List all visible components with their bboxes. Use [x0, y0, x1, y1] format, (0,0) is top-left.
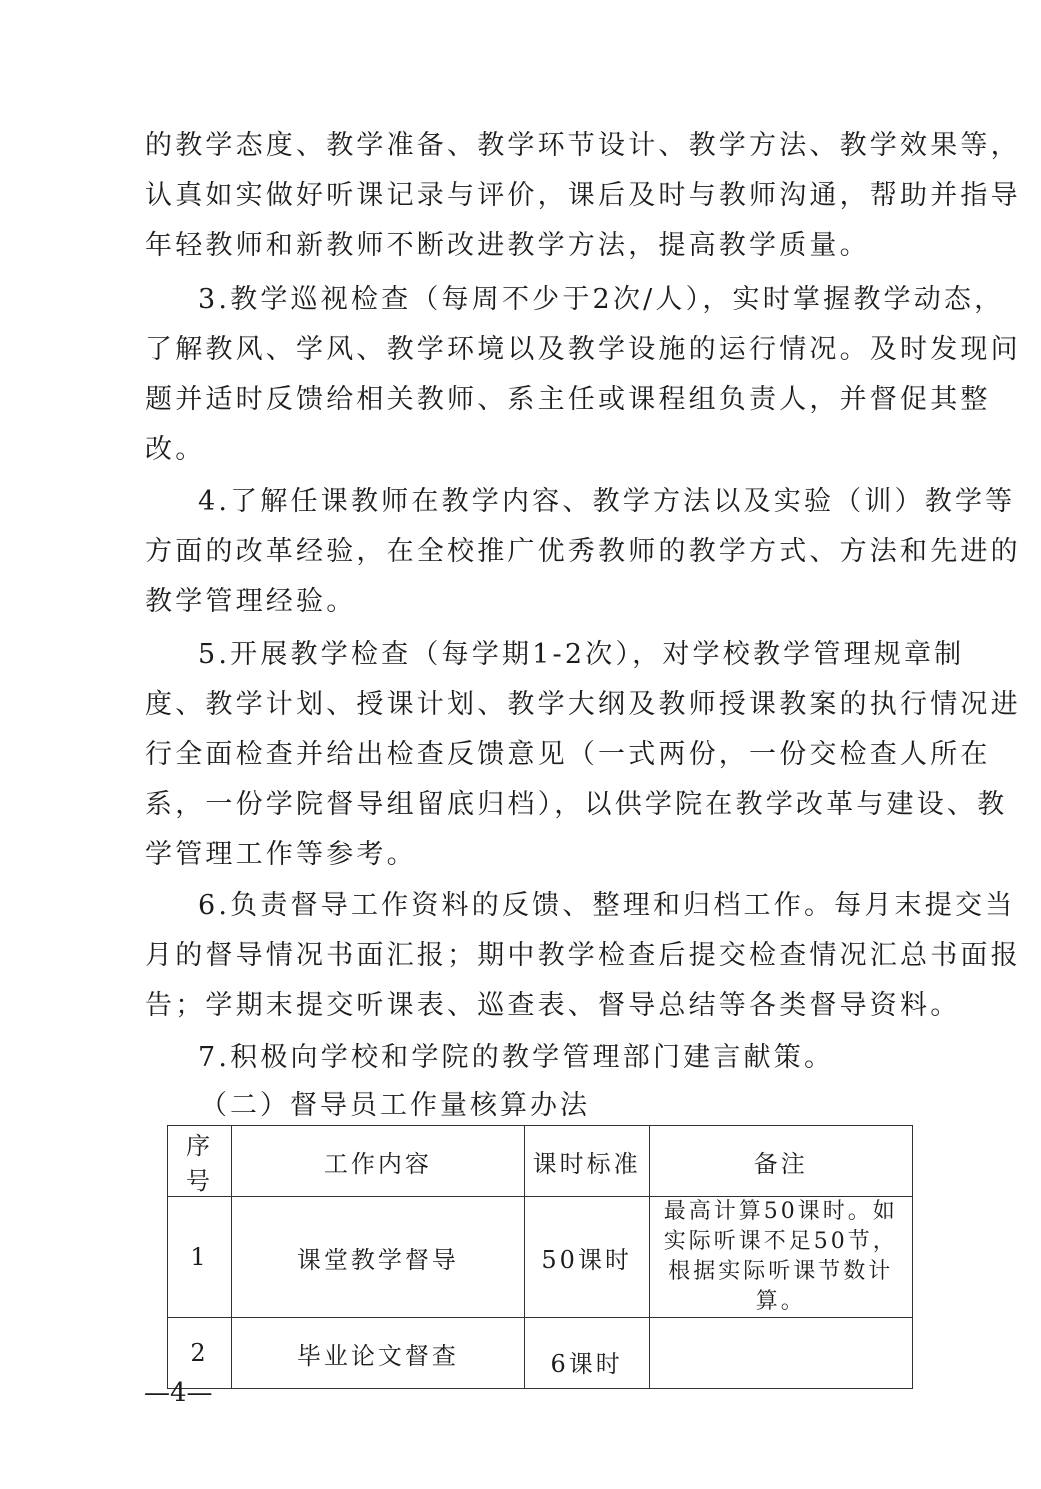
- cell-hours: 6课时: [524, 1318, 649, 1389]
- cell-content: 课堂教学督导: [232, 1197, 525, 1318]
- cell-hours: 50课时: [524, 1197, 649, 1318]
- paragraph-line: 6.负责督导工作资料的反馈、整理和归档工作。每月末提交当: [198, 886, 998, 926]
- table-header-row: 序号 工作内容 课时标准 备注: [168, 1126, 913, 1197]
- paragraph-line: 3.教学巡视检查（每周不少于2次/人），实时掌握教学动态，: [198, 280, 998, 320]
- paragraph-line: 7.积极向学校和学院的教学管理部门建言献策。: [198, 1038, 998, 1078]
- header-no: 序号: [168, 1126, 232, 1197]
- cell-note: [649, 1318, 912, 1389]
- paragraph-line: 5.开展教学检查（每学期1-2次），对学校教学管理规章制: [198, 635, 998, 675]
- paragraph-line: 题并适时反馈给相关教师、系主任或课程组负责人，并督促其整: [145, 380, 945, 420]
- paragraph-line: 行全面检查并给出检查反馈意见（一式两份，一份交检查人所在: [145, 735, 945, 775]
- table-row: 2 毕业论文督查 6课时: [168, 1318, 913, 1389]
- workload-table: 序号 工作内容 课时标准 备注 1 课堂教学督导 50课时 最高计算50课时。如…: [167, 1125, 913, 1389]
- header-note: 备注: [649, 1126, 912, 1197]
- paragraph-line: 学管理工作等参考。: [145, 835, 945, 875]
- header-content: 工作内容: [232, 1126, 525, 1197]
- table-row: 1 课堂教学督导 50课时 最高计算50课时。如实际听课不足50节，根据实际听课…: [168, 1197, 913, 1318]
- paragraph-line: 的教学态度、教学准备、教学环节设计、教学方法、教学效果等，: [145, 126, 945, 166]
- cell-no: 1: [168, 1197, 232, 1318]
- paragraph-line: 认真如实做好听课记录与评价，课后及时与教师沟通，帮助并指导: [145, 176, 945, 216]
- cell-content: 毕业论文督查: [232, 1318, 525, 1389]
- page-number: —4—: [144, 1378, 213, 1408]
- paragraph-line: 告；学期末提交听课表、巡查表、督导总结等各类督导资料。: [145, 986, 945, 1026]
- paragraph-line: 4.了解任课教师在教学内容、教学方法以及实验（训）教学等: [198, 482, 998, 522]
- paragraph-line: 教学管理经验。: [145, 582, 945, 622]
- cell-note: 最高计算50课时。如实际听课不足50节，根据实际听课节数计算。: [649, 1197, 912, 1318]
- paragraph-line: 月的督导情况书面汇报；期中教学检查后提交检查情况汇总书面报: [145, 936, 945, 976]
- header-hours: 课时标准: [524, 1126, 649, 1197]
- paragraph-line: 年轻教师和新教师不断改进教学方法，提高教学质量。: [145, 226, 945, 266]
- paragraph-line: 了解教风、学风、教学环境以及教学设施的运行情况。及时发现问: [145, 330, 945, 370]
- paragraph-line: 系，一份学院督导组留底归档），以供学院在教学改革与建设、教: [145, 785, 945, 825]
- paragraph-line: 方面的改革经验，在全校推广优秀教师的教学方式、方法和先进的: [145, 532, 945, 572]
- section-title: （二）督导员工作量核算办法: [200, 1086, 1000, 1126]
- paragraph-line: 度、教学计划、授课计划、教学大纲及教师授课教案的执行情况进: [145, 685, 945, 725]
- document-page: 的教学态度、教学准备、教学环节设计、教学方法、教学效果等， 认真如实做好听课记录…: [0, 0, 1041, 1489]
- paragraph-line: 改。: [145, 430, 945, 470]
